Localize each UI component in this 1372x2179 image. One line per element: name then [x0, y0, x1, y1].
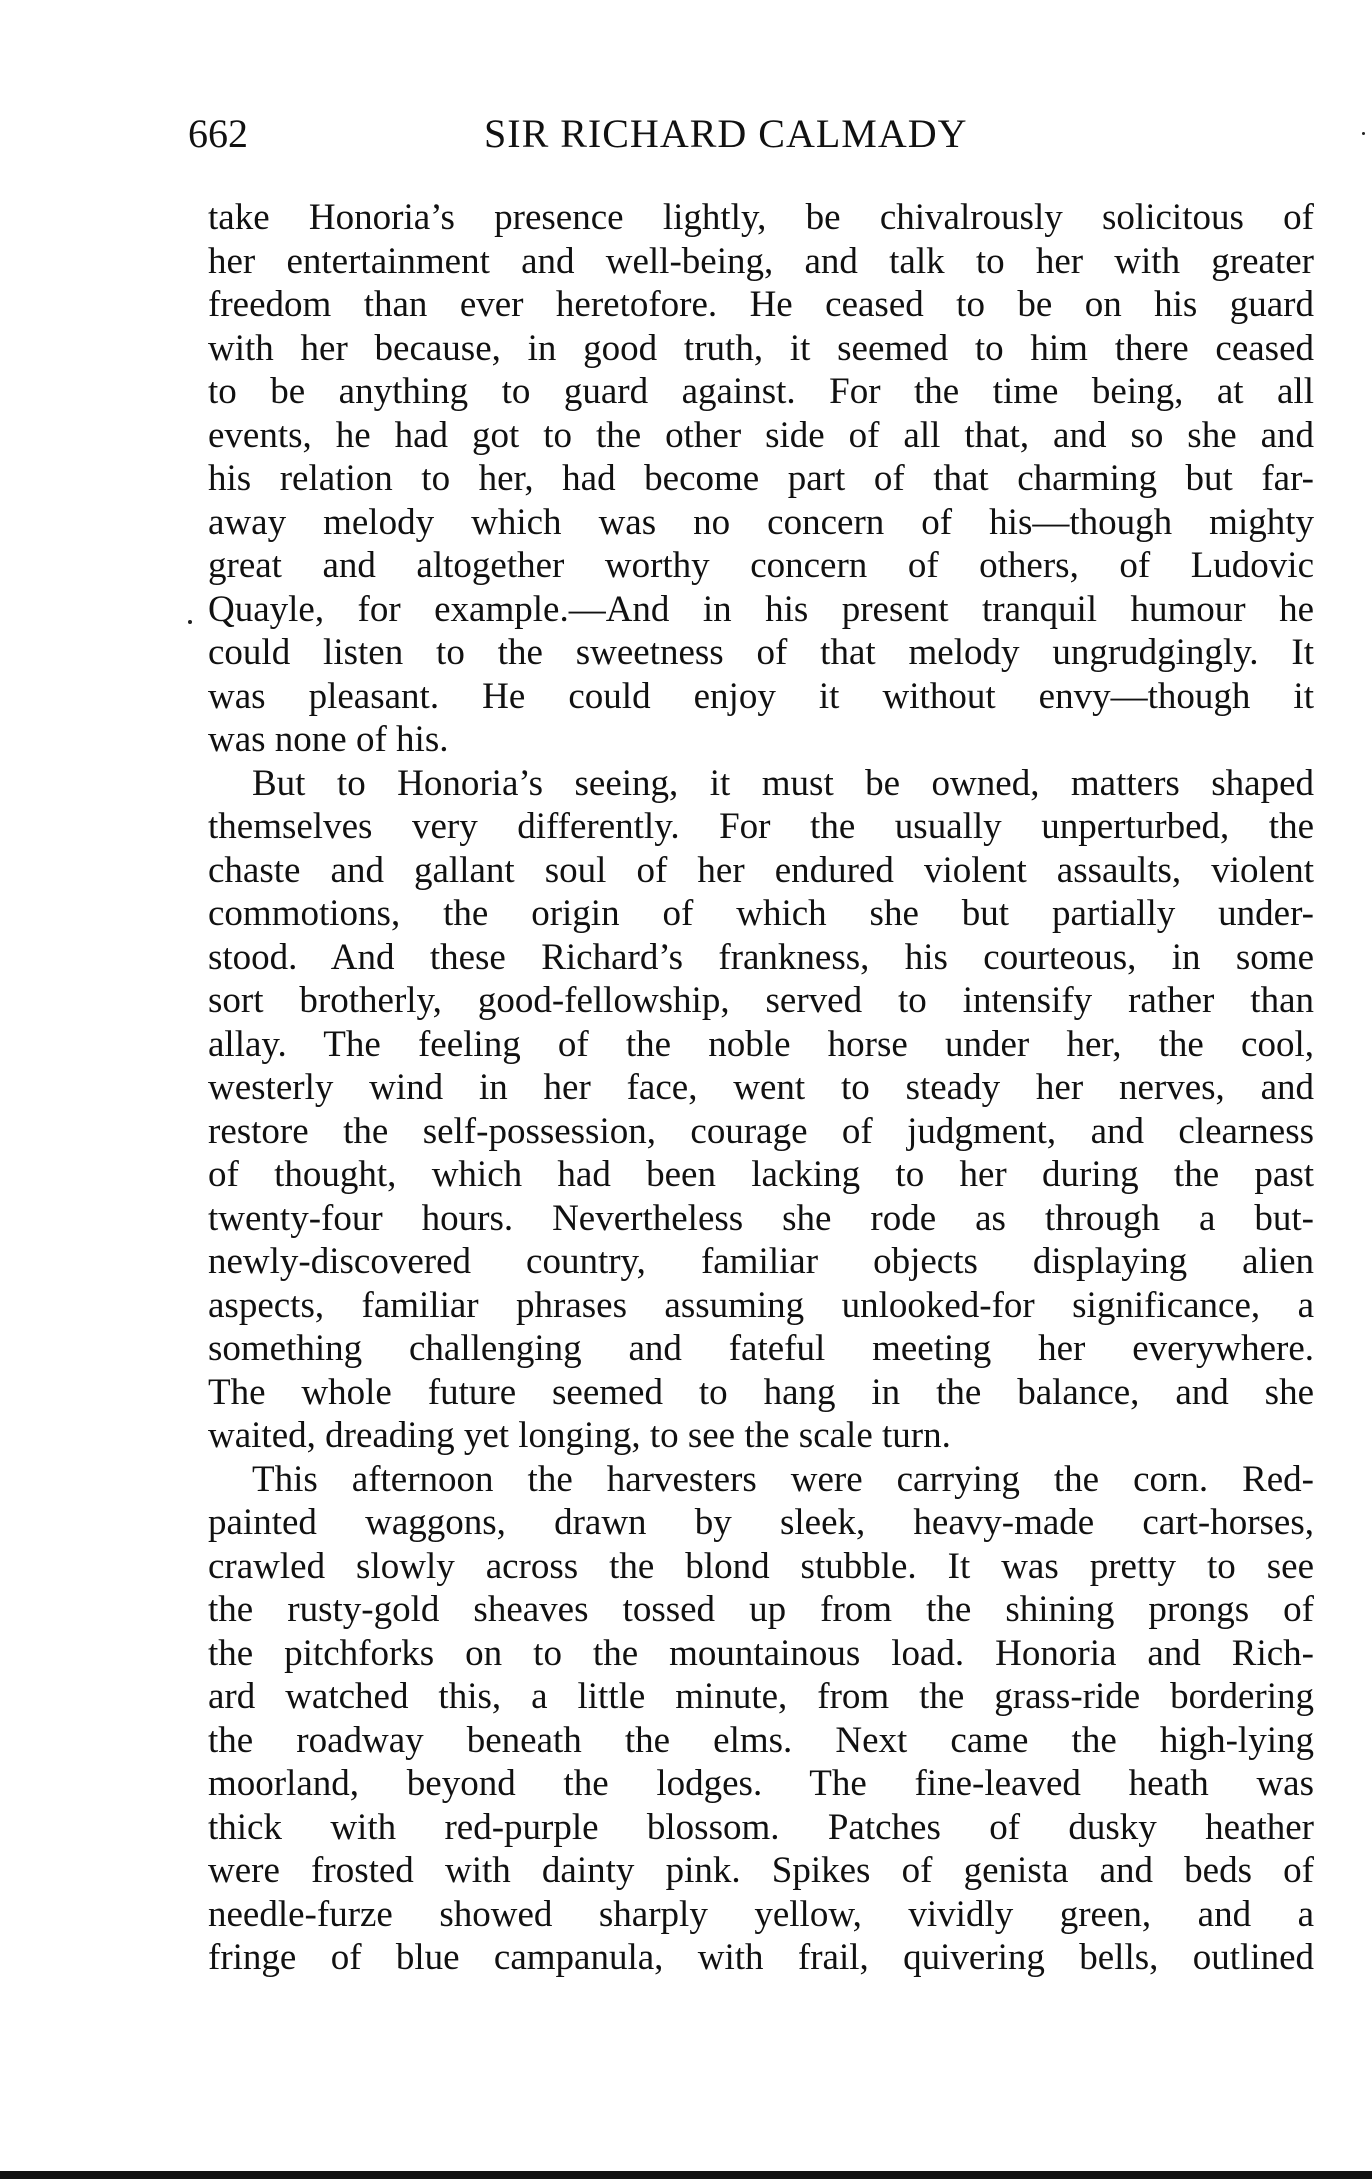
text-line: Quayle, for example.—And in his present …	[208, 588, 1314, 632]
text-line: chaste and gallant soul of her endured v…	[208, 849, 1314, 893]
paragraph-start-line: But to Honoria’s seeing, it must be owne…	[208, 762, 1314, 806]
text-line: was pleasant. He could enjoy it without …	[208, 675, 1314, 719]
text-line: westerly wind in her face, went to stead…	[208, 1066, 1314, 1110]
paragraph-start-line: This afternoon the harvesters were carry…	[208, 1458, 1314, 1502]
text-line: stood. And these Richard’s frankness, hi…	[208, 936, 1314, 980]
text-line: the roadway beneath the elms. Next came …	[208, 1719, 1314, 1763]
text-line: were frosted with dainty pink. Spikes of…	[208, 1849, 1314, 1893]
text-line: to be anything to guard against. For the…	[208, 370, 1314, 414]
text-line: The whole future seemed to hang in the b…	[208, 1371, 1314, 1415]
text-line: newly-discovered country, familiar objec…	[208, 1240, 1314, 1284]
text-line: ard watched this, a little minute, from …	[208, 1675, 1314, 1719]
text-line: fringe of blue campanula, with frail, qu…	[208, 1936, 1314, 1980]
text-line: commotions, the origin of which she but …	[208, 892, 1314, 936]
text-line: aspects, familiar phrases assuming unloo…	[208, 1284, 1314, 1328]
text-line: take Honoria’s presence lightly, be chiv…	[208, 196, 1314, 240]
text-line: his relation to her, had become part of …	[208, 457, 1314, 501]
running-head: 662 SIR RICHARD CALMADY	[188, 104, 1318, 164]
text-line: freedom than ever heretofore. He ceased …	[208, 283, 1314, 327]
text-line: something challenging and fateful meetin…	[208, 1327, 1314, 1371]
page-bottom-edge	[0, 2171, 1372, 2179]
text-line: away melody which was no concern of his—…	[208, 501, 1314, 545]
body-text: take Honoria’s presence lightly, be chiv…	[208, 196, 1314, 1980]
text-line: of thought, which had been lacking to he…	[208, 1153, 1314, 1197]
scan-speck	[188, 620, 192, 624]
text-line: allay. The feeling of the noble horse un…	[208, 1023, 1314, 1067]
running-title: SIR RICHARD CALMADY	[484, 104, 968, 164]
text-line: events, he had got to the other side of …	[208, 414, 1314, 458]
text-line: thick with red-purple blossom. Patches o…	[208, 1806, 1314, 1850]
text-line: painted waggons, drawn by sleek, heavy-m…	[208, 1501, 1314, 1545]
text-line: twenty-four hours. Nevertheless she rode…	[208, 1197, 1314, 1241]
text-line: with her because, in good truth, it seem…	[208, 327, 1314, 371]
text-line: could listen to the sweetness of that me…	[208, 631, 1314, 675]
scan-speck	[1362, 132, 1365, 135]
text-line: the rusty-gold sheaves tossed up from th…	[208, 1588, 1314, 1632]
text-line: themselves very differently. For the usu…	[208, 805, 1314, 849]
text-line: crawled slowly across the blond stubble.…	[208, 1545, 1314, 1589]
paragraph-end-line: was none of his.	[208, 718, 1314, 762]
paragraph-end-line: waited, dreading yet longing, to see the…	[208, 1414, 1314, 1458]
text-line: the pitchforks on to the mountainous loa…	[208, 1632, 1314, 1676]
text-line: moorland, beyond the lodges. The fine-le…	[208, 1762, 1314, 1806]
text-line: restore the self-possession, courage of …	[208, 1110, 1314, 1154]
page-number: 662	[188, 104, 248, 164]
text-line: needle-furze showed sharply yellow, vivi…	[208, 1893, 1314, 1937]
text-line: sort brotherly, good-fellowship, served …	[208, 979, 1314, 1023]
text-line: her entertainment and well-being, and ta…	[208, 240, 1314, 284]
text-line: great and altogether worthy concern of o…	[208, 544, 1314, 588]
